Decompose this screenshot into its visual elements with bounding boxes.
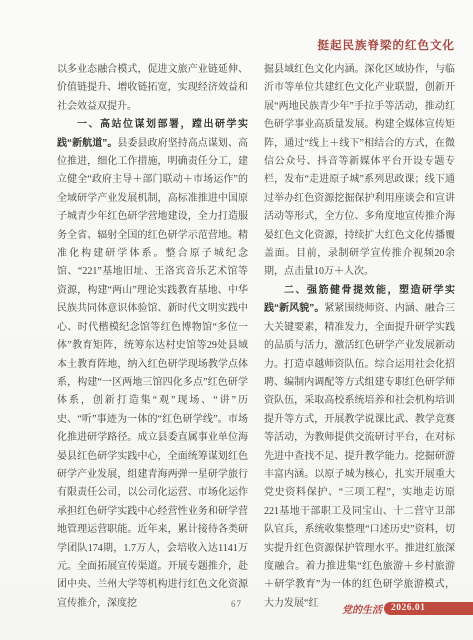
issue-badge: 2026.01	[384, 602, 473, 615]
running-header-title: 挺起民族脊梁的红色文化	[318, 37, 456, 53]
paragraph: 以多业态融合模式，促进文旅产业链延伸、价值链提升、增收链拓宽，实现经济效益和社会…	[57, 61, 248, 116]
paragraph: 二、强筋健骨提效能，塑造研学实践“新风貌”。紧紧围绕师资、内涵、融合三大关键要素…	[264, 282, 455, 613]
article-body: 以多业态融合模式，促进文旅产业链延伸、价值链提升、增收链拓宽，实现经济效益和社会…	[57, 61, 455, 613]
body-text: 以多业态融合模式，促进文旅产业链延伸、价值链提升、增收链拓宽，实现经济效益和社会…	[57, 64, 248, 112]
magazine-page: 挺起民族脊梁的红色文化 以多业态融合模式，促进文旅产业链延伸、价值链提升、增收链…	[0, 0, 473, 640]
journal-logo: 党的生活	[342, 601, 382, 616]
body-text: 掘县域红色文化内涵。深化区域协作，与临沂市等单位共建红色文化产业联盟，创新开展“…	[264, 64, 455, 277]
text-column-left: 以多业态融合模式，促进文旅产业链延伸、价值链提升、增收链拓宽，实现经济效益和社会…	[57, 61, 248, 613]
paragraph: 掘县域红色文化内涵。深化区域协作，与临沂市等单位共建红色文化产业联盟，创新开展“…	[264, 61, 455, 282]
text-column-right: 掘县域红色文化内涵。深化区域协作，与临沂市等单位共建红色文化产业联盟，创新开展“…	[264, 61, 455, 613]
paragraph: 一、高站位谋划部署，蹚出研学实践“新航道”。县委县政府坚持高点谋划、高位推进，细…	[57, 116, 248, 613]
body-text: 县委县政府坚持高点谋划、高位推进，细化工作措施，明确责任分工，建立健全“政府主导…	[57, 138, 248, 609]
footer-brand: 党的生活 2026.01	[342, 601, 473, 616]
body-text: 紧紧围绕师资、内涵、融合三大关键要素，精准发力，全面提升研学实践的品质与活力，激…	[264, 303, 455, 609]
